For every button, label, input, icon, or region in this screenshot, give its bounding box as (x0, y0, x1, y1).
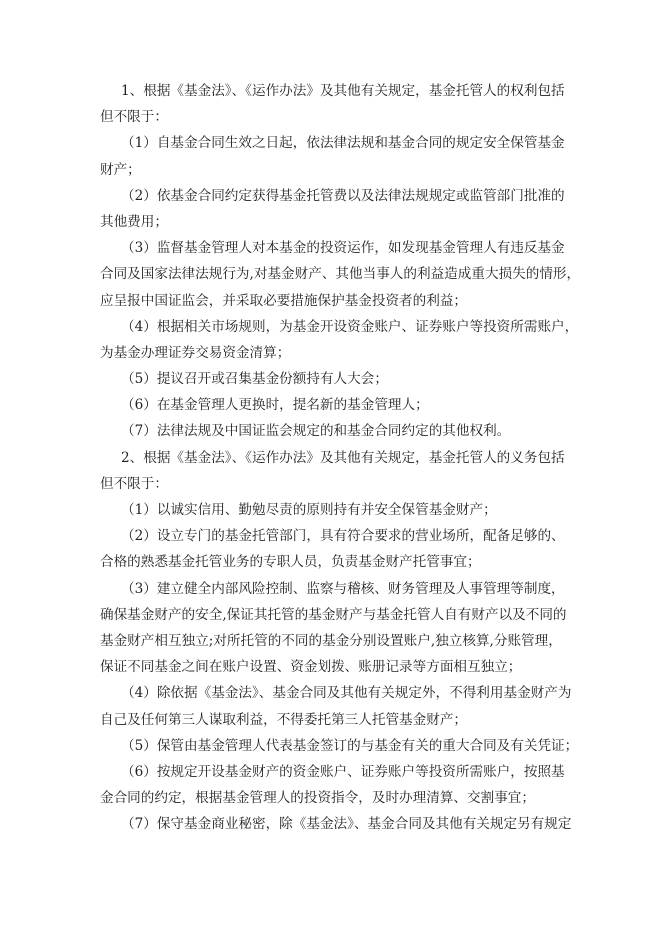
text-line: （2）依基金合同约定获得基金托管费以及法律法规规定或监管部门批准的 (100, 183, 570, 209)
text-line: 2、根据《基金法》、《运作办法》及其他有关规定，基金托管人的义务包括 (100, 445, 570, 471)
text-line: （5）保管由基金管理人代表基金签订的与基金有关的重大合同及有关凭证； (100, 733, 570, 759)
text-line: 财产； (100, 157, 570, 183)
text-line: （5）提议召开或召集基金份额持有人大会； (100, 366, 570, 392)
text-line: 基金财产相互独立;对所托管的不同的基金分别设置账户,独立核算,分账管理， (100, 628, 570, 654)
text-line: （6）按规定开设基金财产的资金账户、证券账户等投资所需账户，按照基 (100, 759, 570, 785)
text-line: （3）建立健全内部风险控制、监察与稽核、财务管理及人事管理等制度， (100, 576, 570, 602)
text-line: （3）监督基金管理人对本基金的投资运作，如发现基金管理人有违反基金 (100, 235, 570, 261)
text-line: （7）法律法规及中国证监会规定的和基金合同约定的其他权利。 (100, 418, 570, 444)
text-line: （4）根据相关市场规则，为基金开设资金账户、证券账户等投资所需账户， (100, 314, 570, 340)
text-line: 保证不同基金之间在账户设置、资金划拨、账册记录等方面相互独立； (100, 654, 570, 680)
text-line: 金合同的约定，根据基金管理人的投资指令，及时办理清算、交割事宜； (100, 785, 570, 811)
text-line: （1）自基金合同生效之日起，依法律法规和基金合同的规定安全保管基金 (100, 130, 570, 156)
text-line: （1）以诚实信用、勤勉尽责的原则持有并安全保管基金财产； (100, 497, 570, 523)
text-line: （6）在基金管理人更换时，提名新的基金管理人； (100, 392, 570, 418)
text-line: 确保基金财产的安全,保证其托管的基金财产与基金托管人自有财产以及不同的 (100, 602, 570, 628)
page: 1、根据《基金法》、《运作办法》及其他有关规定，基金托管人的权利包括但不限于：（… (0, 0, 662, 936)
text-line: 其他费用； (100, 209, 570, 235)
text-line: 1、根据《基金法》、《运作办法》及其他有关规定，基金托管人的权利包括 (100, 78, 570, 104)
document-body: 1、根据《基金法》、《运作办法》及其他有关规定，基金托管人的权利包括但不限于：（… (100, 78, 570, 837)
text-line: （2）设立专门的基金托管部门，具有符合要求的营业场所，配备足够的、 (100, 523, 570, 549)
text-line: 但不限于： (100, 104, 570, 130)
text-line: （4）除依据《基金法》、基金合同及其他有关规定外，不得利用基金财产为 (100, 680, 570, 706)
text-line: 为基金办理证券交易资金清算； (100, 340, 570, 366)
text-line: 合格的熟悉基金托管业务的专职人员，负责基金财产托管事宜； (100, 549, 570, 575)
text-line: 但不限于： (100, 471, 570, 497)
text-line: （7）保守基金商业秘密，除《基金法》、基金合同及其他有关规定另有规定 (100, 811, 570, 837)
text-line: 自己及任何第三人谋取利益，不得委托第三人托管基金财产； (100, 707, 570, 733)
text-line: 应呈报中国证监会，并采取必要措施保护基金投资者的利益； (100, 288, 570, 314)
text-line: 合同及国家法律法规行为,对基金财产、其他当事人的利益造成重大损失的情形， (100, 261, 570, 287)
